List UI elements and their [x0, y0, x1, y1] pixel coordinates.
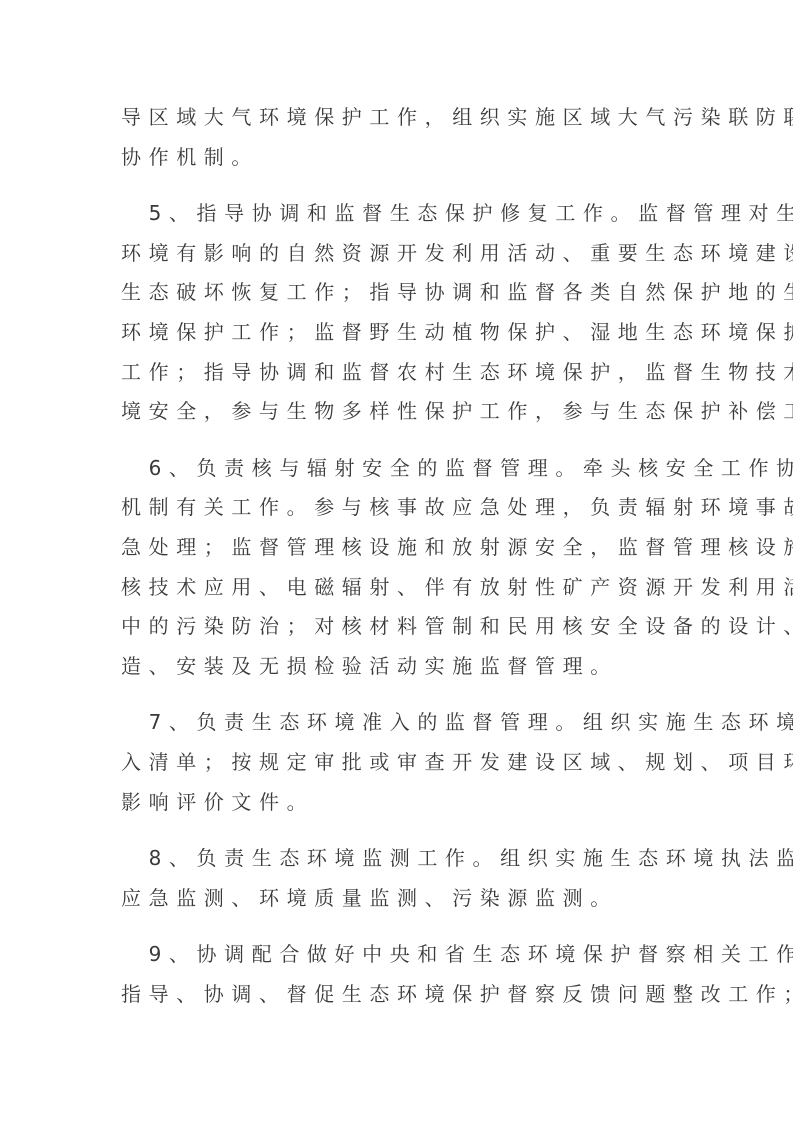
text-line: 入清单；按规定审批或审查开发建设区域、规划、项目环境 — [121, 743, 677, 783]
text-line: 核技术应用、电磁辐射、伴有放射性矿产资源开发利用活动 — [121, 568, 677, 608]
paragraph-4-continuation: 导区域大气环境保护工作，组织实施区域大气污染联防联控 协作机制。 — [121, 98, 677, 177]
text-line: 环境保护工作；监督野生动植物保护、湿地生态环境保护等 — [121, 313, 677, 353]
text-line: 8、负责生态环境监测工作。组织实施生态环境执法监测、 — [121, 839, 677, 879]
text-line: 境安全，参与生物多样性保护工作，参与生态保护补偿工作。 — [121, 392, 677, 432]
text-line: 9、协调配合做好中央和省生态环境保护督察相关工作。 — [121, 935, 677, 975]
paragraph-item-8: 8、负责生态环境监测工作。组织实施生态环境执法监测、 应急监测、环境质量监测、污… — [121, 839, 677, 918]
text-line: 急处理；监督管理核设施和放射源安全，监督管理核设施、 — [121, 528, 677, 568]
text-line: 环境有影响的自然资源开发利用活动、重要生态环境建设和 — [121, 234, 677, 274]
text-line: 中的污染防治；对核材料管制和民用核安全设备的设计、制 — [121, 607, 677, 647]
text-line: 应急监测、环境质量监测、污染源监测。 — [121, 879, 677, 919]
document-body: 导区域大气环境保护工作，组织实施区域大气污染联防联控 协作机制。 5、指导协调和… — [121, 98, 677, 1031]
paragraph-item-9: 9、协调配合做好中央和省生态环境保护督察相关工作。 指导、协调、督促生态环境保护… — [121, 935, 677, 1014]
text-line: 影响评价文件。 — [121, 783, 677, 823]
text-line: 机制有关工作。参与核事故应急处理，负责辐射环境事故应 — [121, 488, 677, 528]
text-line: 6、负责核与辐射安全的监督管理。牵头核安全工作协调 — [121, 449, 677, 489]
text-line: 7、负责生态环境准入的监督管理。组织实施生态环境准 — [121, 703, 677, 743]
text-line: 造、安装及无损检验活动实施监督管理。 — [121, 647, 677, 687]
paragraph-item-6: 6、负责核与辐射安全的监督管理。牵头核安全工作协调 机制有关工作。参与核事故应急… — [121, 449, 677, 687]
text-line: 导区域大气环境保护工作，组织实施区域大气污染联防联控 — [121, 98, 677, 138]
text-line: 生态破坏恢复工作；指导协调和监督各类自然保护地的生态 — [121, 273, 677, 313]
text-line: 5、指导协调和监督生态保护修复工作。监督管理对生态 — [121, 194, 677, 234]
paragraph-item-5: 5、指导协调和监督生态保护修复工作。监督管理对生态 环境有影响的自然资源开发利用… — [121, 194, 677, 432]
paragraph-item-7: 7、负责生态环境准入的监督管理。组织实施生态环境准 入清单；按规定审批或审查开发… — [121, 703, 677, 822]
text-line: 指导、协调、督促生态环境保护督察反馈问题整改工作；对 — [121, 975, 677, 1015]
text-line: 协作机制。 — [121, 138, 677, 178]
text-line: 工作；指导协调和监督农村生态环境保护，监督生物技术环 — [121, 353, 677, 393]
document-page: 导区域大气环境保护工作，组织实施区域大气污染联防联控 协作机制。 5、指导协调和… — [0, 0, 793, 1122]
